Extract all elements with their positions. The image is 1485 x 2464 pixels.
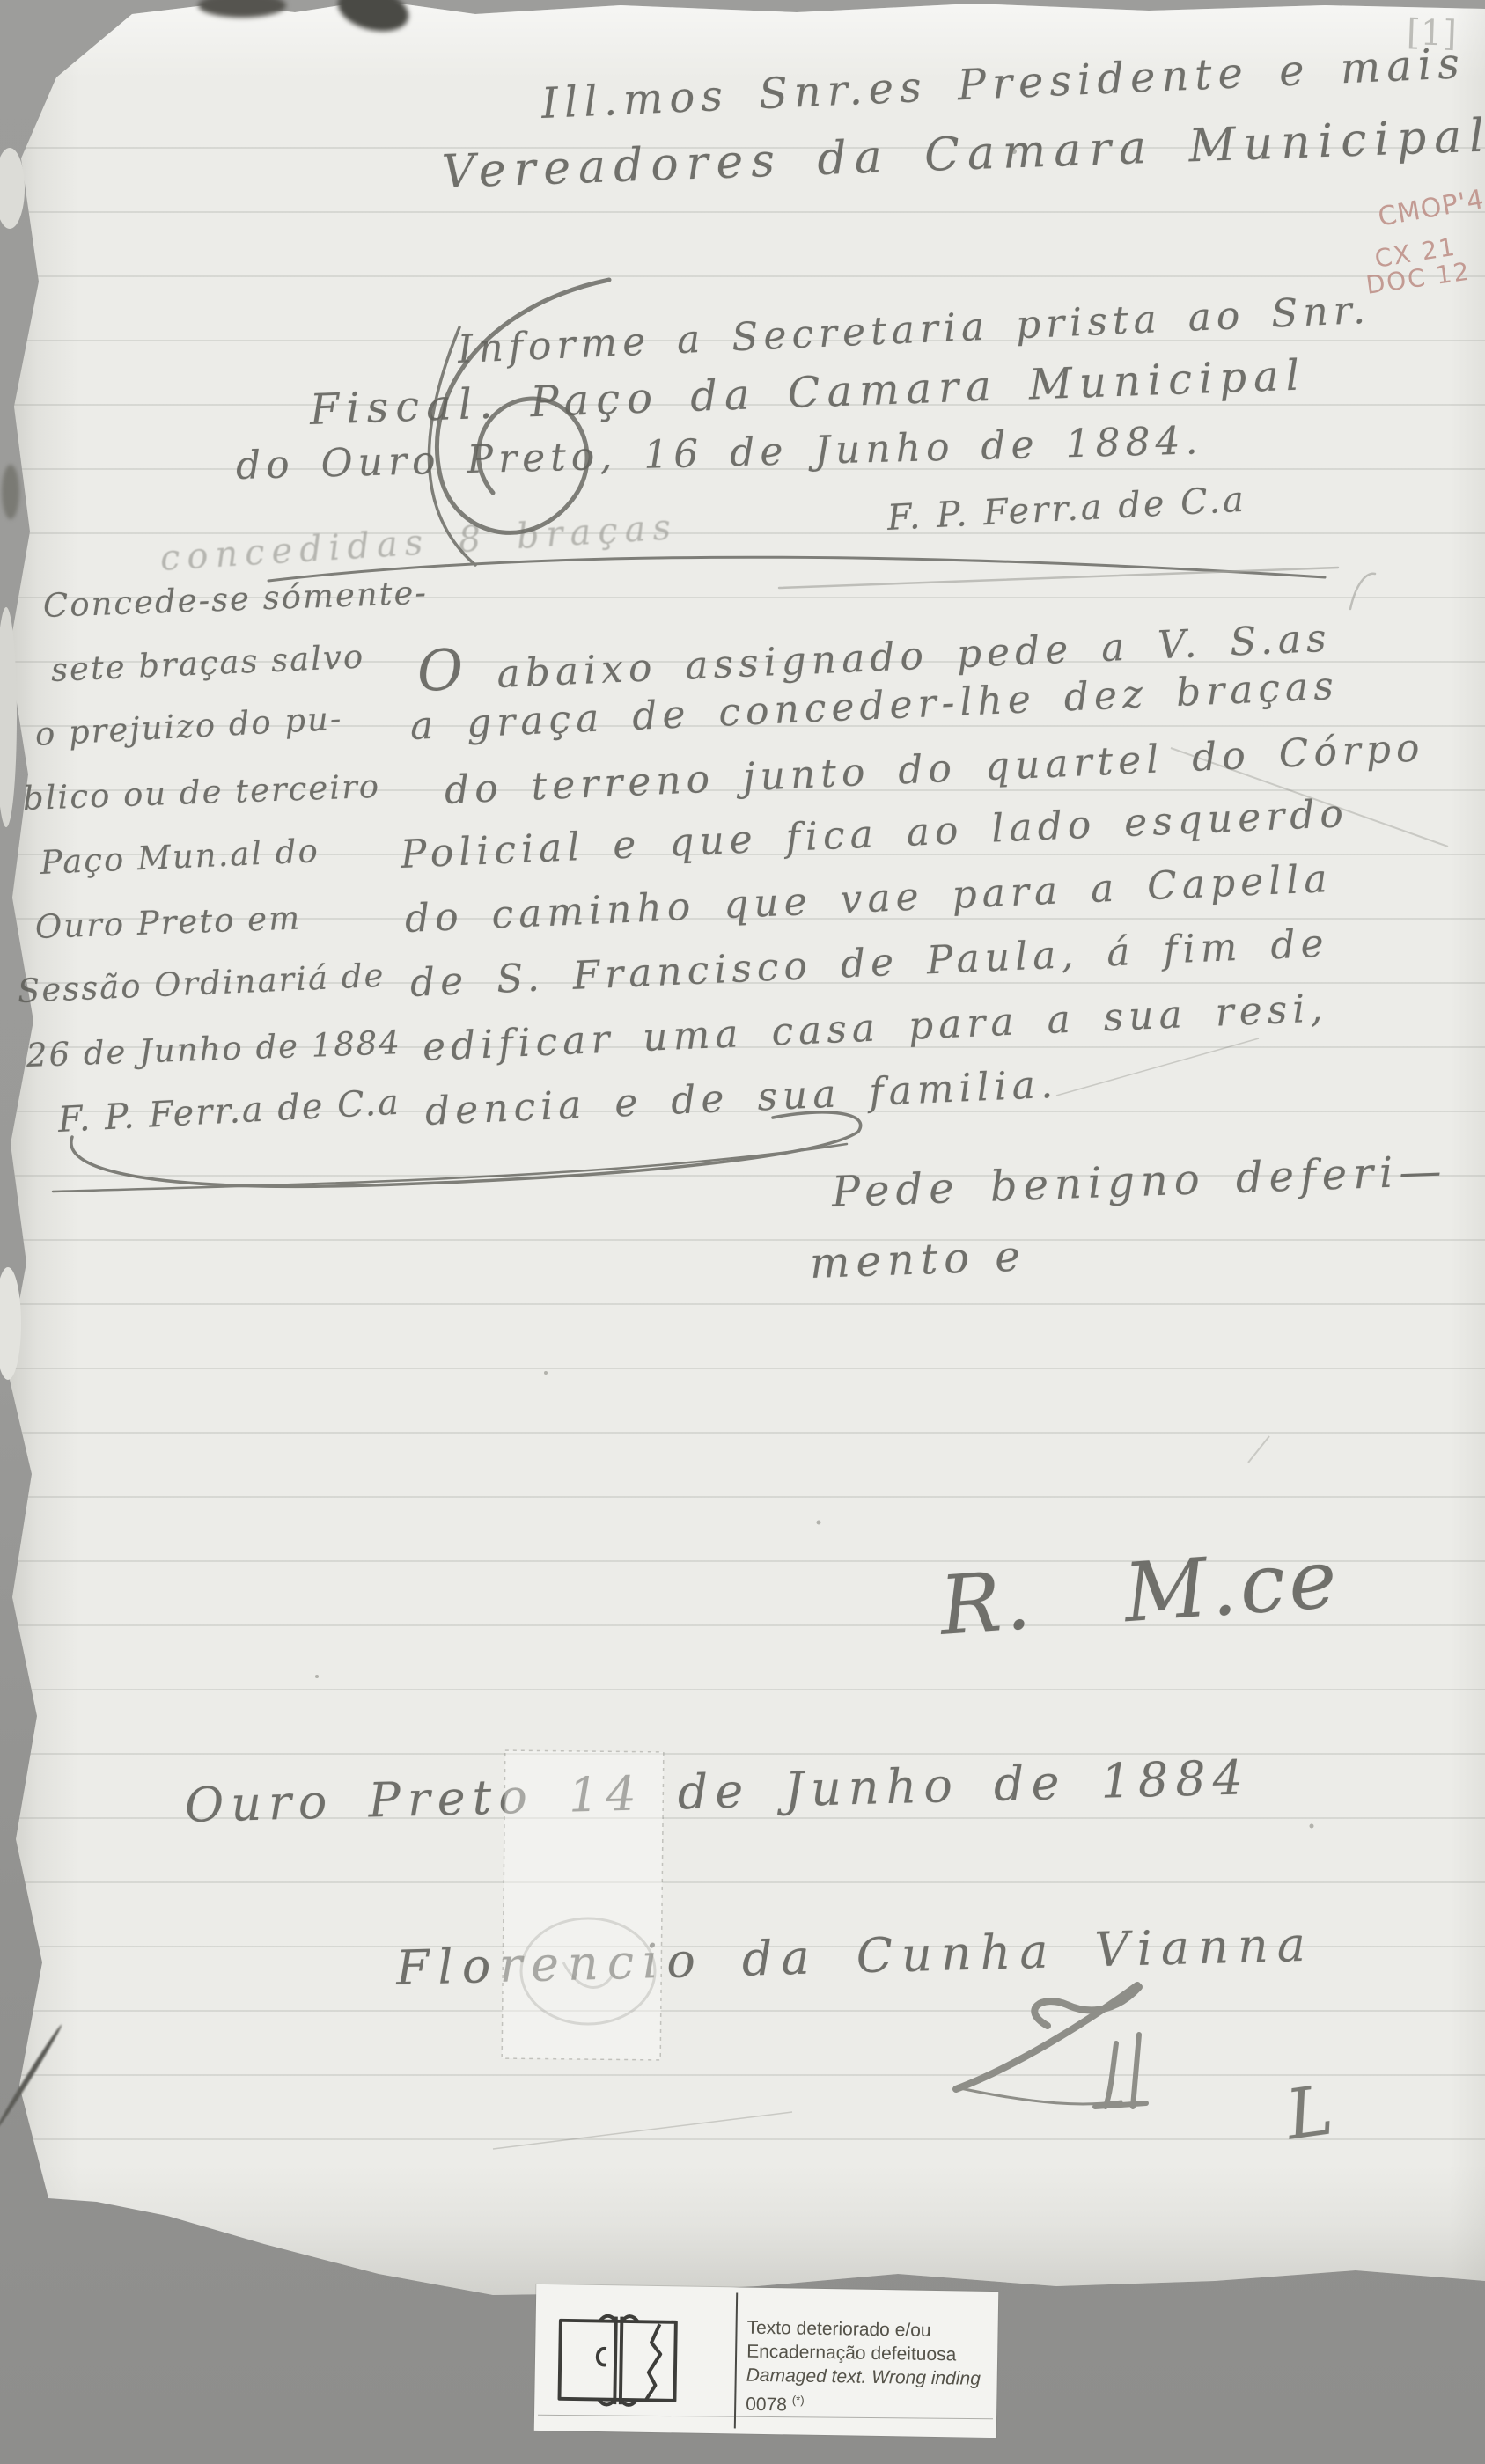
label-divider (734, 2292, 738, 2428)
label-number-note: (*) (792, 2393, 805, 2406)
edge-smudge (2, 465, 19, 519)
condition-stamp-label: Texto deteriorado e/ou Encadernação defe… (534, 2284, 999, 2438)
damaged-book-icon (552, 2311, 686, 2409)
torn-paper-scrap (0, 148, 25, 229)
label-number: 0078 (746, 2394, 787, 2416)
label-number-row: 0078 (*) (746, 2387, 992, 2420)
scanned-document-page: [1] CMOP'4 CX 21 DOC 12 Ill.mos Snr.es P… (0, 0, 1485, 2464)
petition-closing-line-2: mento e (809, 1231, 1026, 1288)
